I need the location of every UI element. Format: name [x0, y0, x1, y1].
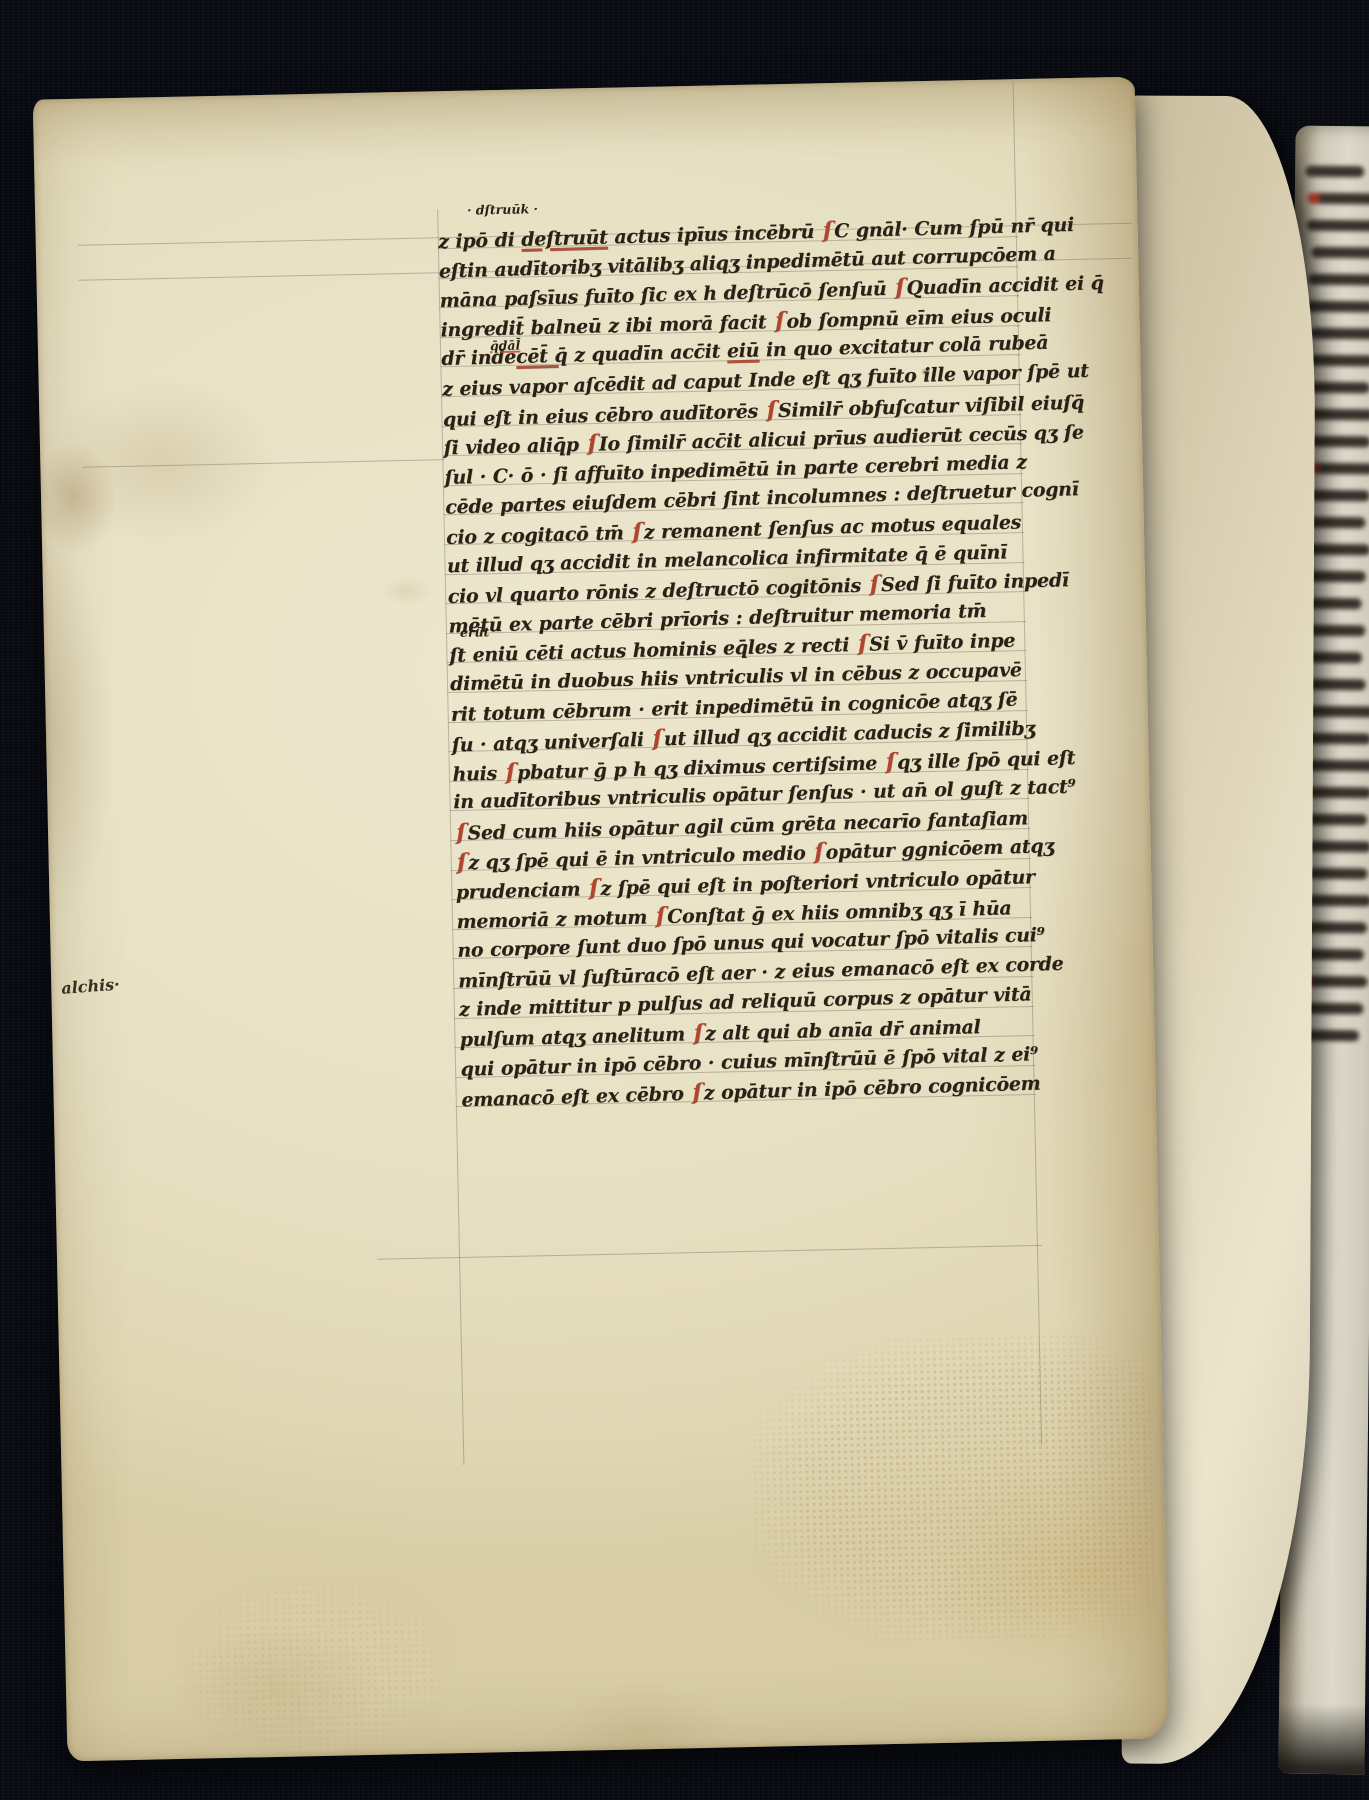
facing-page-text-line — [1305, 760, 1369, 772]
facing-page-text-line — [1304, 895, 1369, 907]
facing-page-text-line — [1303, 841, 1369, 853]
facing-page-text-line — [1303, 976, 1368, 988]
facing-page-text-line — [1305, 625, 1366, 637]
facing-page-text-line — [1305, 301, 1369, 313]
photograph-background: { "document": { "kind": "medieval manusc… — [0, 0, 1369, 1800]
facing-page-text-line — [1307, 220, 1369, 232]
parchment-grain — [174, 1571, 458, 1761]
parchment-grain — [749, 1332, 1155, 1645]
margin-note-alchis: alchis· — [61, 975, 121, 998]
facing-page-text-line — [1306, 490, 1369, 502]
manuscript-page: z ipō di deſtruūt actus ipīus incēbrū ſC… — [33, 77, 1170, 1762]
facing-page-text-line — [1305, 166, 1364, 178]
facing-page-text-line — [1309, 463, 1369, 475]
facing-page-text-line — [1308, 274, 1369, 286]
facing-page-text-line — [1306, 355, 1369, 367]
extended-ruling-line — [82, 459, 444, 468]
facing-page-text-line — [1307, 544, 1369, 556]
facing-page-text-line — [1309, 328, 1369, 340]
interlinear-gloss-line5: q̄dāl̄ — [490, 338, 521, 354]
facing-page-shadow — [1278, 1704, 1365, 1775]
facing-page-text-line — [1307, 679, 1366, 691]
facing-page-rubric-mark — [1308, 193, 1320, 204]
extended-ruling-line — [377, 1245, 1042, 1260]
interlinear-gloss-top: · dſtruūk · — [467, 201, 538, 217]
manuscript-text-block: z ipō di deſtruūt actus ipīus incēbrū ſC… — [438, 211, 1062, 1115]
facing-page-text-line — [1303, 706, 1369, 718]
facing-page-text-line — [1311, 247, 1369, 259]
facing-page-text-line — [1308, 409, 1369, 421]
interlinear-gloss-line15: erūt — [460, 624, 490, 640]
facing-page-text-line — [1310, 193, 1369, 205]
